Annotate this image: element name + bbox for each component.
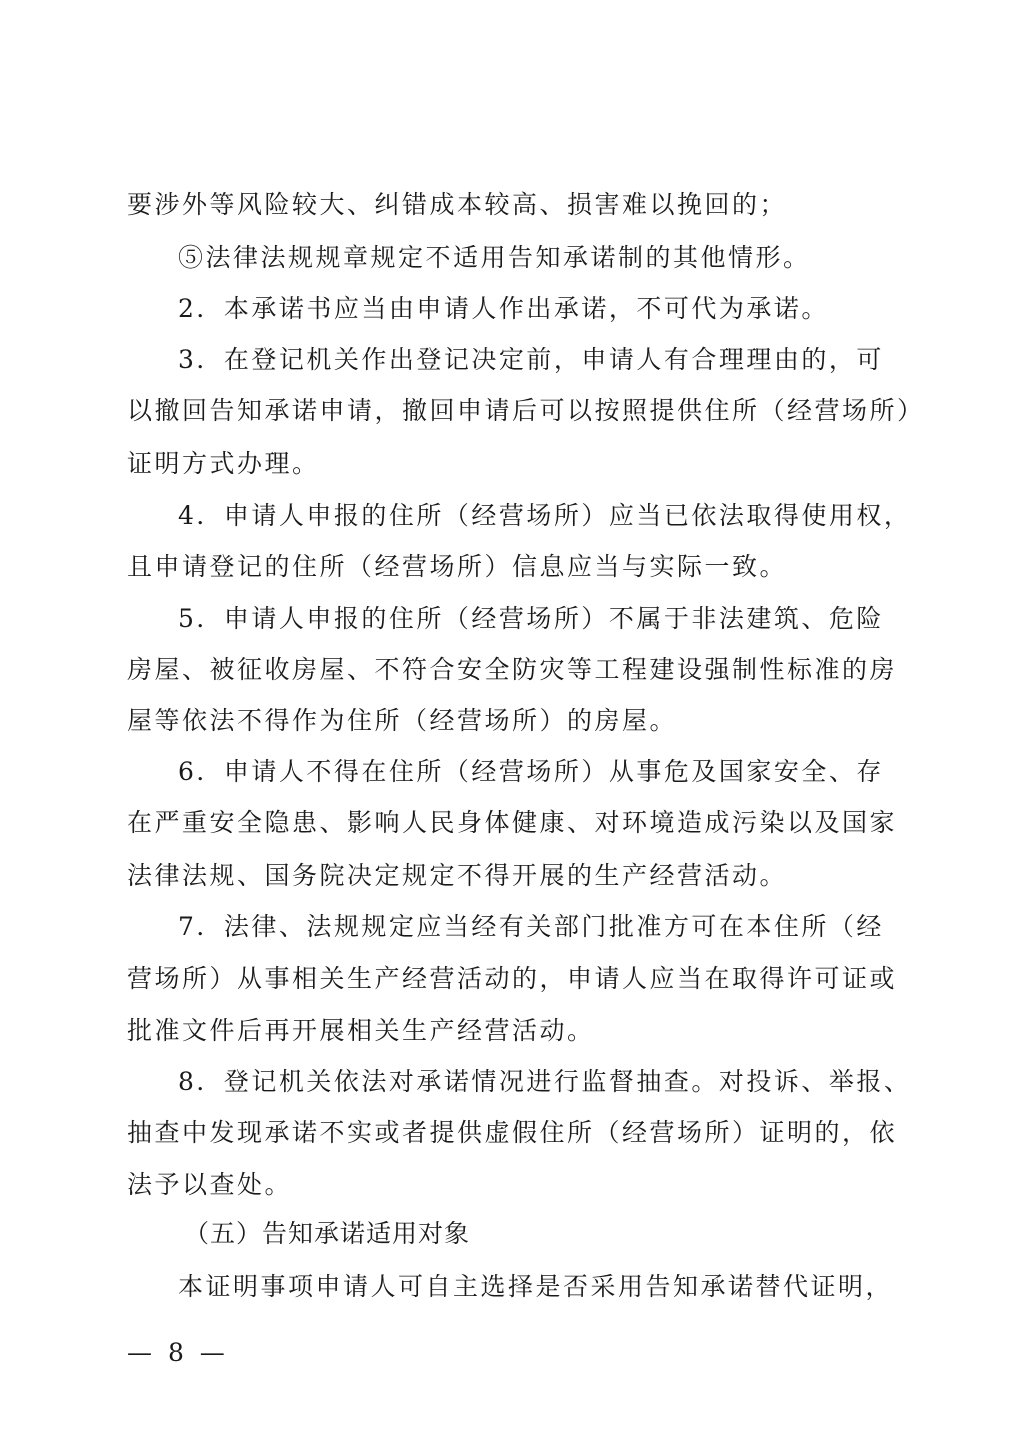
text-line: ⑤法律法规规章规定不适用告知承诺制的其他情形。 [178,242,958,274]
text-line: 法予以查处。 [127,1169,907,1201]
text-line: 要涉外等风险较大、纠错成本较高、损害难以挽回的； [127,189,907,221]
text-line: 法律法规、国务院决定规定不得开展的生产经营活动。 [127,860,907,892]
text-line: 营场所）从事相关生产经营活动的，申请人应当在取得许可证或 [127,963,907,995]
text-line: 抽查中发现承诺不实或者提供虚假住所（经营场所）证明的，依 [127,1117,907,1149]
text-line: 6．申请人不得在住所（经营场所）从事危及国家安全、存 [178,756,958,788]
text-line: 8．登记机关依法对承诺情况进行监督抽查。对投诉、举报、 [178,1066,958,1098]
text-line: 3．在登记机关作出登记决定前，申请人有合理理由的，可 [178,344,958,376]
section-heading: （五）告知承诺适用对象 [184,1218,964,1250]
text-line: 以撤回告知承诺申请，撤回申请后可以按照提供住所（经营场所） [127,395,907,427]
text-line: 7．法律、法规规定应当经有关部门批准方可在本住所（经 [178,911,958,943]
text-line: 房屋、被征收房屋、不符合安全防灾等工程建设强制性标准的房 [127,654,907,686]
page-number: — 8 — [127,1337,229,1369]
text-line: 2．本承诺书应当由申请人作出承诺，不可代为承诺。 [178,293,958,325]
text-line: 批准文件后再开展相关生产经营活动。 [127,1015,907,1047]
text-line: 4．申请人申报的住所（经营场所）应当已依法取得使用权， [178,500,958,532]
text-line: 屋等依法不得作为住所（经营场所）的房屋。 [127,705,907,737]
text-line: 且申请登记的住所（经营场所）信息应当与实际一致。 [127,551,907,583]
text-line: 本证明事项申请人可自主选择是否采用告知承诺替代证明， [178,1271,958,1303]
document-page: 要涉外等风险较大、纠错成本较高、损害难以挽回的； ⑤法律法规规章规定不适用告知承… [0,0,1024,1448]
text-line: 证明方式办理。 [127,448,907,480]
text-line: 5．申请人申报的住所（经营场所）不属于非法建筑、危险 [178,603,958,635]
text-line: 在严重安全隐患、影响人民身体健康、对环境造成污染以及国家 [127,807,907,839]
